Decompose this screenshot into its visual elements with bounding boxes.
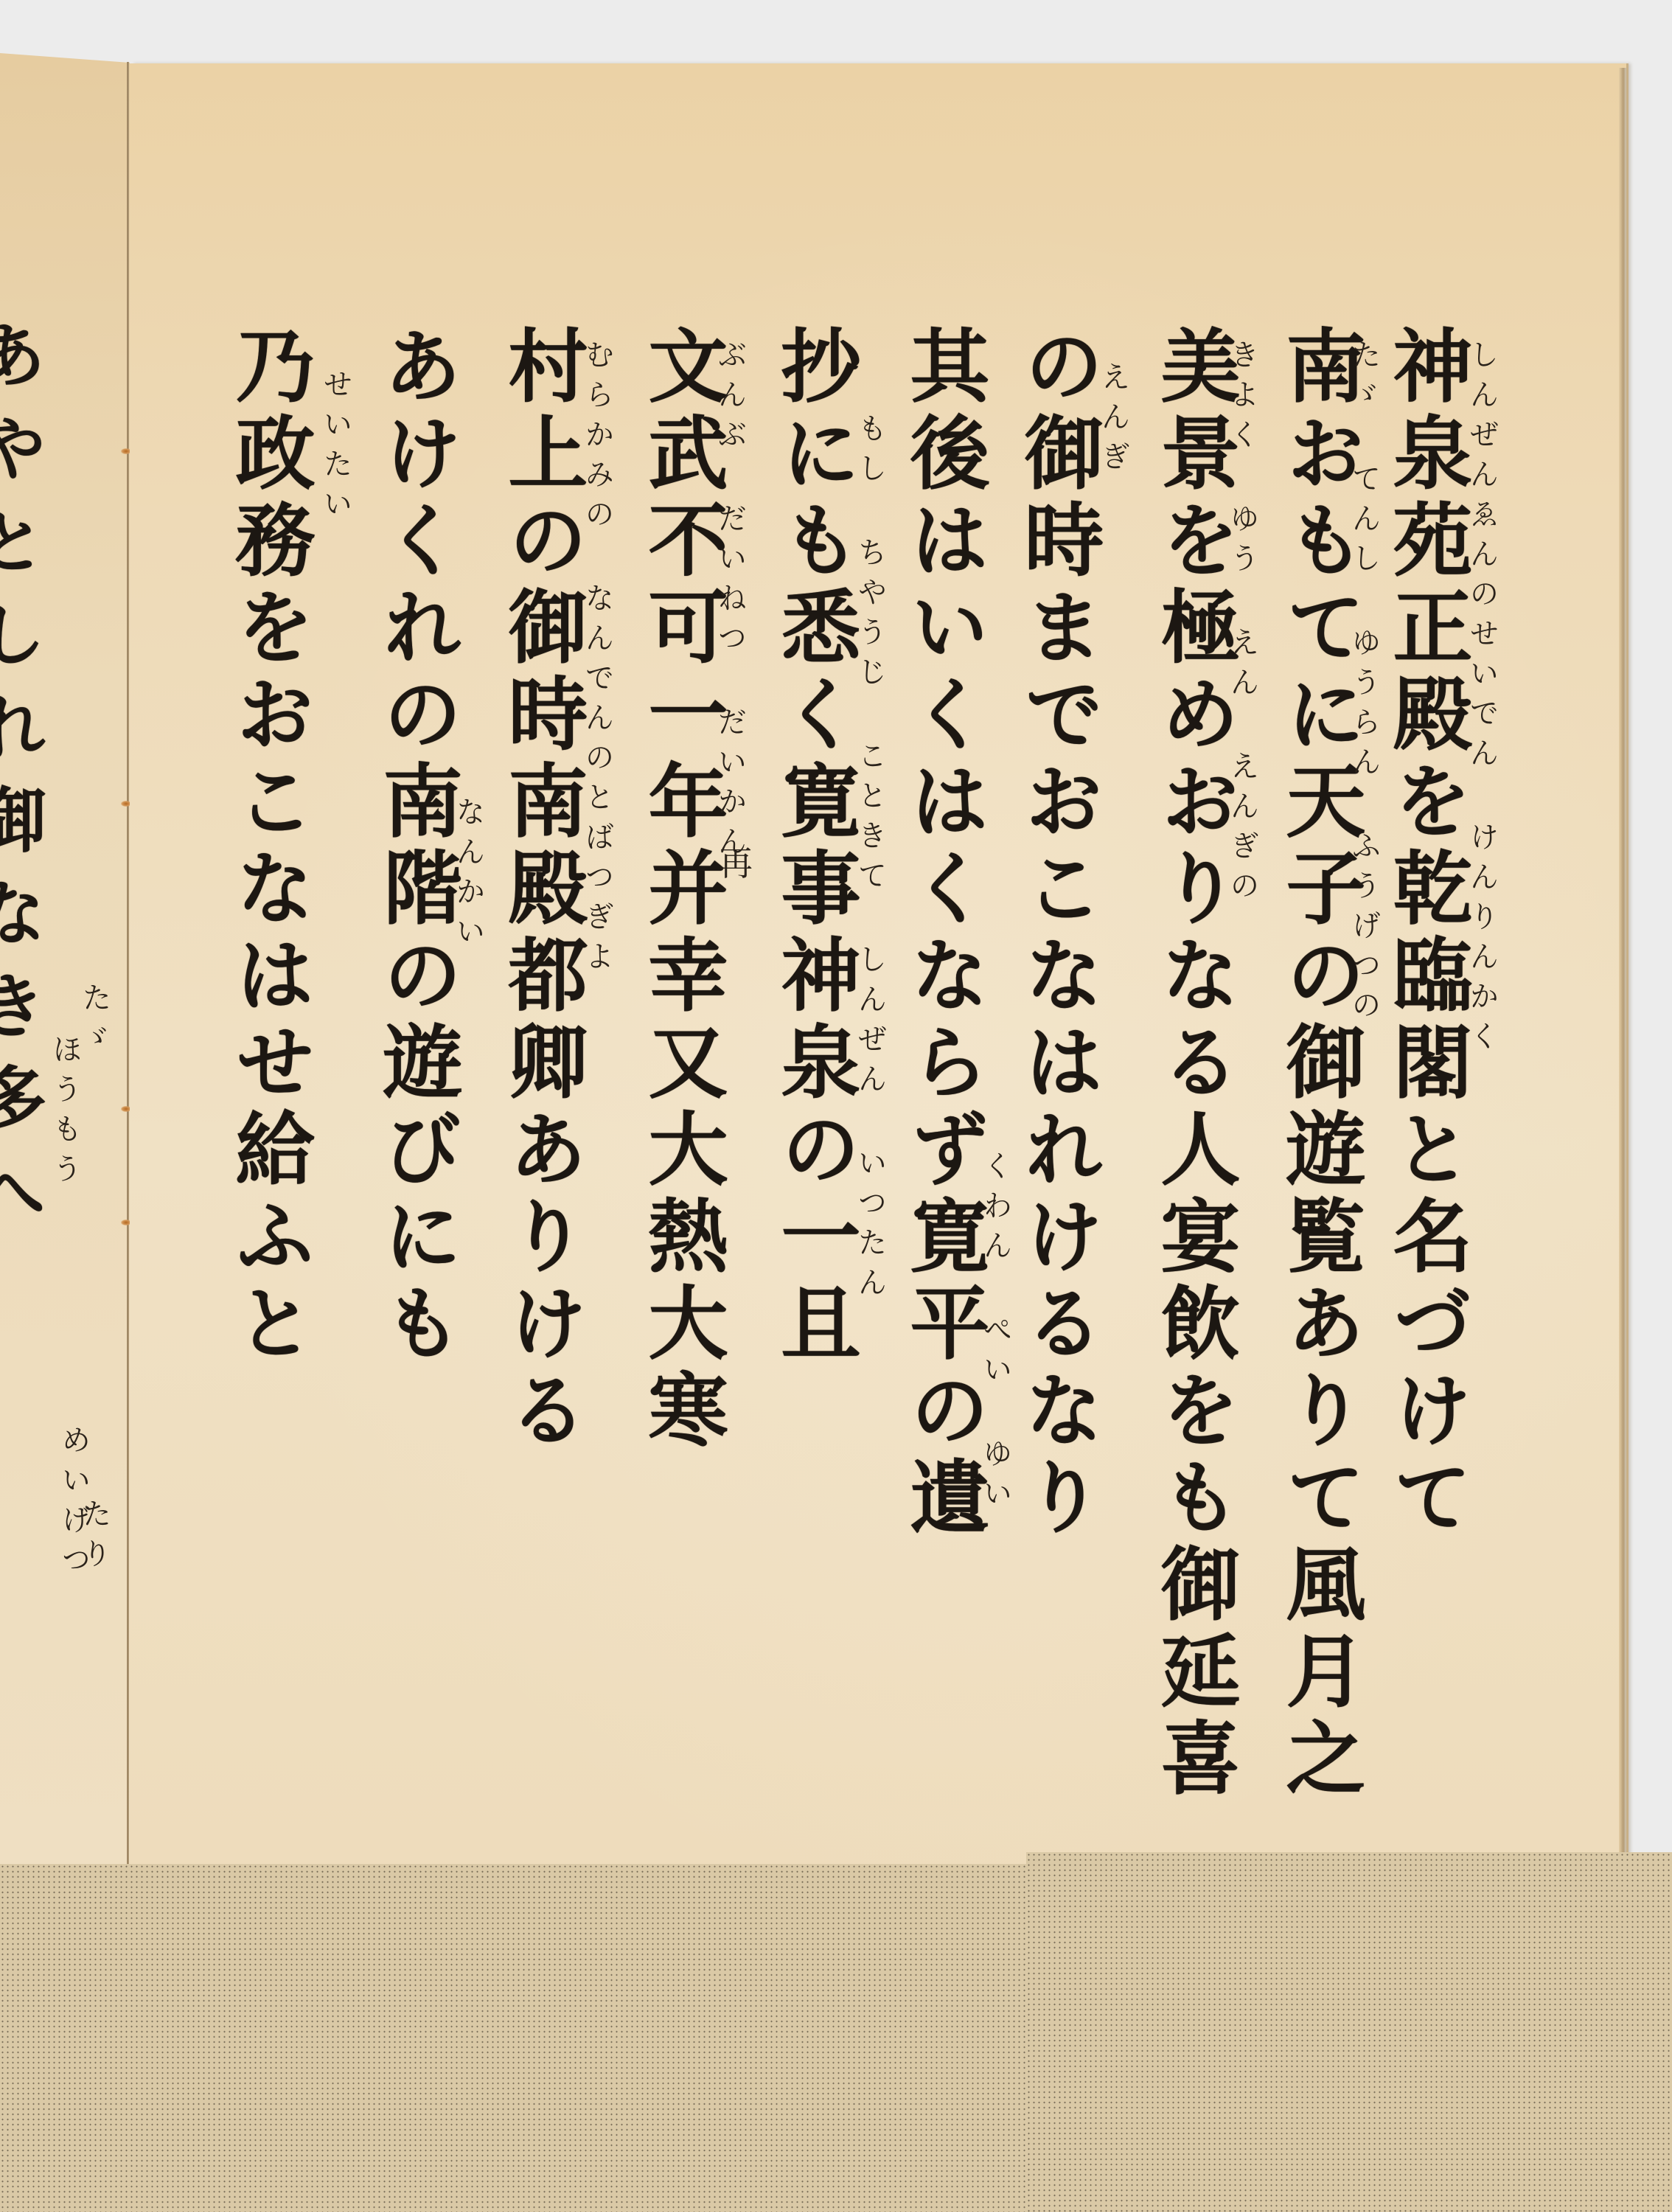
manuscript-photo: あやとしれ御なき多へ たゞ ほうもう めいげつ たり 神泉苑正殿を乾臨閣と名づけ… xyxy=(0,0,1672,2212)
text-column-7: 文武不可一年并幸又大熱大寒 xyxy=(641,324,721,1455)
left-page-partial-column: あやとしれ御なき多へ xyxy=(0,319,41,1248)
ruby-column-3: きよく ゆう えん えんぎの xyxy=(1227,339,1257,910)
text-column-10: 乃政務をおこなはせ給ふと xyxy=(229,324,308,1368)
text-column-9: あけくれの南階の遊びにも xyxy=(376,324,456,1368)
text-column-4: の御時までおこなはれけるなり xyxy=(1017,324,1097,1543)
ruby-column-4: えんぎ xyxy=(1098,361,1128,481)
text-column-1: 神泉苑正殿を乾臨閣と名づけて xyxy=(1386,324,1466,1543)
binding-gutter xyxy=(127,62,129,1868)
ruby-column-7: ぶんぶ だいねつ だいかん xyxy=(715,339,745,866)
left-page-ruby-4: たり xyxy=(80,1498,109,1578)
page-edge xyxy=(1619,68,1626,1867)
bottom-fill-left xyxy=(0,1864,1026,2212)
left-page: あやとしれ御なき多へ たゞ ほうもう めいげつ たり xyxy=(0,53,130,1867)
text-column-5: 其後はいくはくならず寛平の遺 xyxy=(903,324,983,1543)
ruby-column-1: しんぜんゑんのせいでん けんりんかく xyxy=(1467,339,1497,1060)
ruby-column-10: せいたい xyxy=(321,369,350,528)
text-column-3: 美景を極めおりなる人宴飲をも御延喜 xyxy=(1154,324,1233,1804)
text-column-6: 抄にも悉く寛事神泉の一且 xyxy=(774,324,854,1368)
left-page-ruby-2: ほうもう xyxy=(50,1034,80,1193)
left-page-ruby-1: たゞ xyxy=(80,982,109,1062)
ruby-column-9: なんかい xyxy=(453,796,483,956)
text-column-8: 村上の御時南殿都卿ありける xyxy=(501,324,581,1455)
ruby-column-5: くわん ぺい ゆい xyxy=(980,1150,1010,1517)
ruby-column-8: むらかみの なんでんのとばつぎよ xyxy=(582,339,612,981)
ruby-column-2: たゞ てんし ゆうらん ふうげつの xyxy=(1349,339,1379,1029)
ruby-column-6: もし ちやうじ こときて しんぜん いつたん xyxy=(855,413,885,1307)
bottom-fill-right xyxy=(1026,1852,1672,2212)
marginal-note: 再 xyxy=(719,837,753,886)
